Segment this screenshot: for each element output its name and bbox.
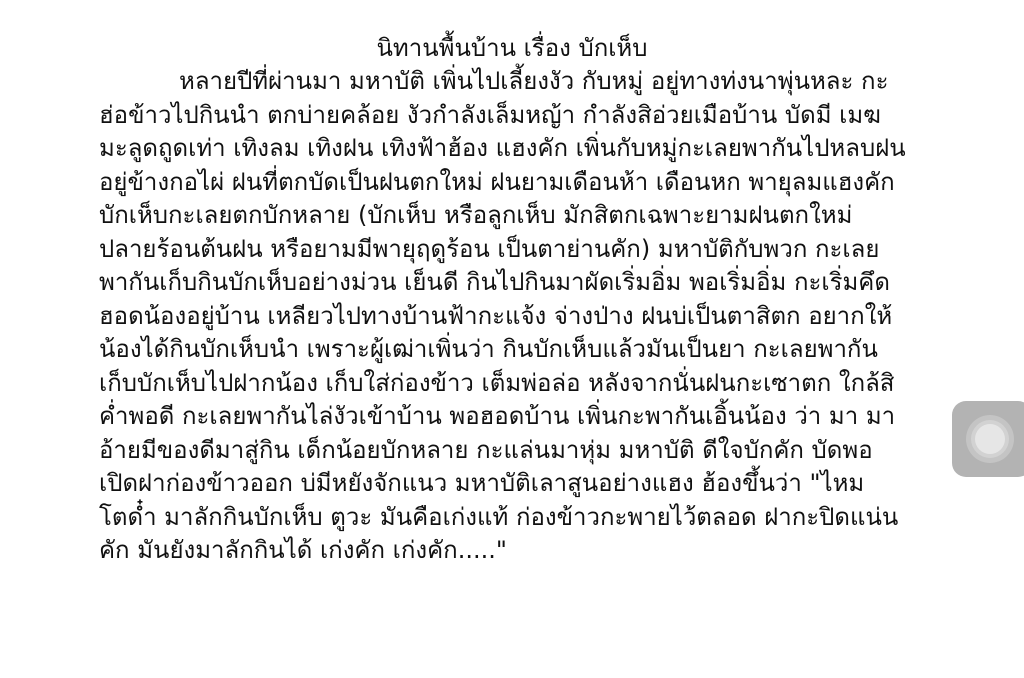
assistive-touch-button[interactable]	[952, 401, 1024, 477]
story-line: ฮ่อข้าวไปกินนำ ตกบ่ายคล้อย งัวกำลังเล็มห…	[99, 99, 959, 133]
story-line: พากันเก็บกินบักเห็บอย่างม่วน เย็นดี กินไ…	[99, 266, 959, 300]
story-title: นิทานพื้นบ้าน เรื่อง บักเห็บ	[0, 31, 1024, 65]
story-line: มะลูดถูดเท่า เทิงลม เทิงฝน เทิงฟ้าฮ้อง แ…	[99, 132, 959, 166]
story-line: บักเห็บกะเลยตกบักหลาย (บักเห็บ หรือลูกเห…	[99, 199, 959, 233]
story-line: น้องได้กินบักเห็บนำ เพราะผู้เฒ่าเพิ่นว่า…	[99, 333, 959, 367]
story-line: อ้ายมีของดีมาสู่กิน เด็กน้อยบักหลาย กะแล…	[99, 434, 959, 468]
story-line: เปิดฝาก่องข้าวออก บ่มีหยังจักแนว มหาบัติ…	[99, 467, 959, 501]
story-line: ฮอดน้องอยู่บ้าน เหลียวไปทางบ้านฟ้ากะแจ้ง…	[99, 300, 959, 334]
story-line: คัก มันยังมาลักกินได้ เก่งคัก เก่งคัก...…	[99, 534, 959, 568]
story-line: เก็บบักเห็บไปฝากน้อง เก็บใส่ก่องข้าว เต็…	[99, 367, 959, 401]
story-line: อยู่ข้างกอไผ่ ฝนที่ตกบัดเป็นฝนตกใหม่ ฝนย…	[99, 166, 959, 200]
story-line: หลายปีที่ผ่านมา มหาบัติ เพิ่นไปเลี้ยงงัว…	[99, 65, 959, 99]
assistive-touch-icon-center	[975, 424, 1005, 454]
story-body: หลายปีที่ผ่านมา มหาบัติ เพิ่นไปเลี้ยงงัว…	[99, 65, 959, 568]
story-line: ปลายร้อนต้นฝน หรือยามมีพายุฤดูร้อน เป็นต…	[99, 233, 959, 267]
story-line: ค่ำพอดี กะเลยพากันไล่งัวเข้าบ้าน พอฮอดบ้…	[99, 400, 959, 434]
document-page: นิทานพื้นบ้าน เรื่อง บักเห็บ หลายปีที่ผ่…	[0, 0, 1024, 678]
story-line: โตด๋ำ มาลักกินบักเห็บ ตูวะ มันคือเก่งแท้…	[99, 501, 959, 535]
